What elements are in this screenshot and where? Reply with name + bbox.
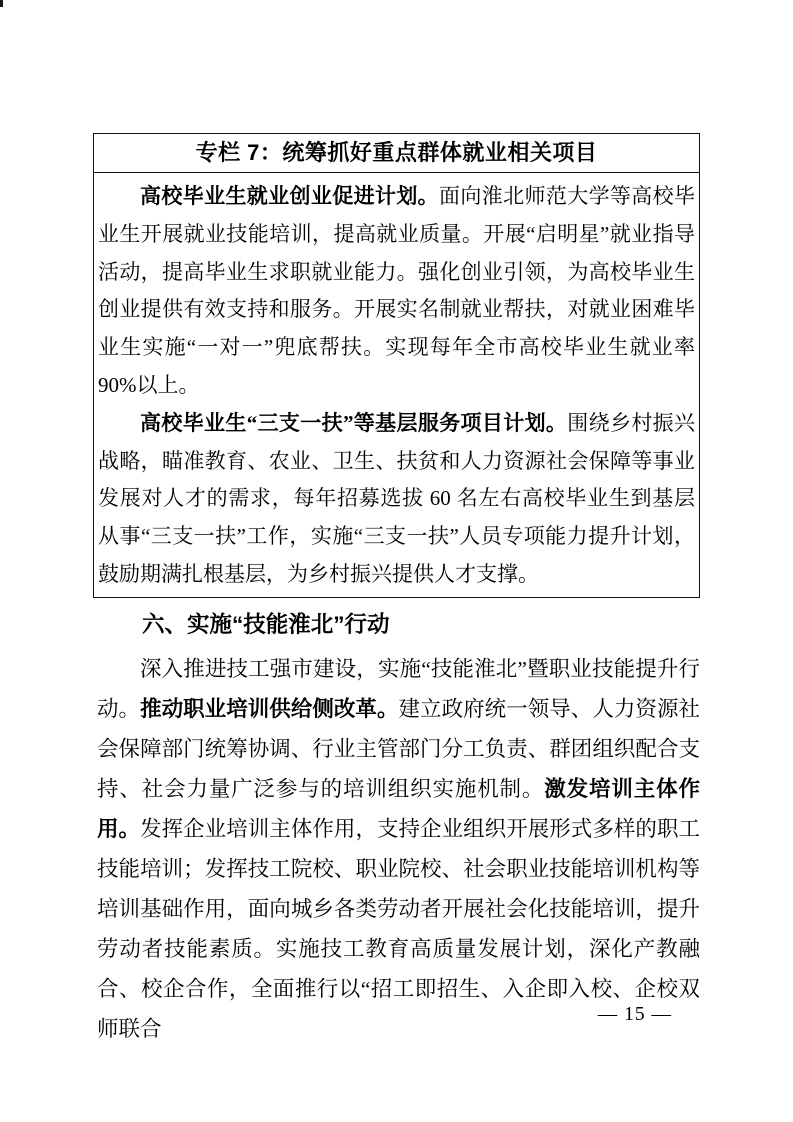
paragraph-text: 围绕乡村振兴战略，瞄准教育、农业、卫生、扶贫和人力资源社会保障等事业发展对人才的… [98, 411, 695, 586]
column-7-box: 专栏 7：统筹抓好重点群体就业相关项目 高校毕业生就业创业促进计划。面向淮北师范… [93, 133, 700, 598]
box-body: 高校毕业生就业创业促进计划。面向淮北师范大学等高校毕业生开展就业技能培训，提高就… [94, 173, 699, 598]
document-page: 专栏 7：统筹抓好重点群体就业相关项目 高校毕业生就业创业促进计划。面向淮北师范… [0, 0, 793, 1122]
page-number: — 15 — [598, 1003, 672, 1027]
main-text-block: 六、实施“技能淮北”行动 深入推进技工强市建设，实施“技能淮北”暨职业技能提升行… [97, 606, 700, 1049]
box-title: 专栏 7：统筹抓好重点群体就业相关项目 [94, 134, 699, 173]
box-paragraph-1: 高校毕业生就业创业促进计划。面向淮北师范大学等高校毕业生开展就业技能培训，提高就… [98, 178, 695, 405]
paragraph-lead: 高校毕业生“三支一扶”等基层服务项目计划。 [140, 411, 567, 435]
paragraph-text: 面向淮北师范大学等高校毕业生开展就业技能培训，提高就业质量。开展“启明星”就业指… [98, 184, 695, 397]
box-paragraph-2: 高校毕业生“三支一扶”等基层服务项目计划。围绕乡村振兴战略，瞄准教育、农业、卫生… [98, 405, 695, 594]
section-paragraph: 深入推进技工强市建设，实施“技能淮北”暨职业技能提升行动。推动职业培训供给侧改革… [97, 649, 700, 1049]
paragraph-lead: 高校毕业生就业创业促进计划。 [140, 184, 439, 208]
bold-emphasis: 推动职业培训供给侧改革。 [140, 697, 398, 721]
scan-artifact [0, 0, 3, 7]
section-heading: 六、实施“技能淮北”行动 [97, 606, 700, 644]
